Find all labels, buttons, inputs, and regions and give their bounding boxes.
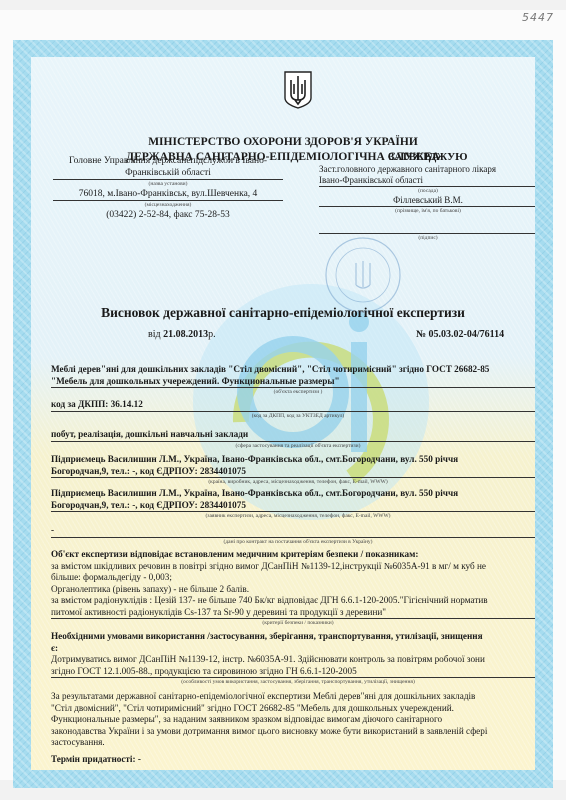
ministry-name: МІНІСТЕРСТВО ОХОРОНИ ЗДОРОВ'Я УКРАЇНИ [31,135,535,150]
document-date: від 21.08.2013р. [148,329,216,340]
certificate-page: 5447 МІНІСТЕРСТВО ОХОРОНИ ЗДОРОВ'Я УКРАЇ… [0,10,566,780]
official-stamp-icon [323,235,403,315]
object-line1: Меблі дерев"яні для дошкільних закладів … [51,364,535,376]
approver-name: Філлевський В.М. [319,195,535,207]
criteria-line: більше: формальдегіду - 0,003; [51,572,535,584]
date-suffix: р. [208,329,216,340]
applicant-line1: Підприємець Василишин Л.М., Україна, Іва… [51,488,535,500]
conditions-line: згідно ГОСТ 12.1.005-88., продукцією та … [51,666,535,679]
scope-caption: (сфера застосування та реалізації об'єкт… [51,442,535,450]
certificate-body: МІНІСТЕРСТВО ОХОРОНИ ЗДОРОВ'Я УКРАЇНИ ДЕ… [31,57,535,770]
code-caption: (код за ДКПП, код за УКТЗЕД артикул) [51,412,535,420]
conclusion: За результатами державної санітарно-епід… [51,691,535,749]
code-value: код за ДКПП: 36.14.12 [51,399,535,412]
criteria-line: за вмістом шкідливих речовин в повітрі з… [51,561,535,573]
field-shelf-life: Термін придатності: - - (інформація щодо… [51,754,535,770]
approver-position-caption: (посада) [319,187,535,195]
institution-address-caption: (місцезнаходження) [53,201,283,209]
field-object: Меблі дерев"яні для дошкільних закладів … [51,364,535,396]
document-number: № 05.03.02-04/76114 [416,329,504,340]
conclusion-line: Функциональные размеры", за наданим заяв… [51,714,535,726]
manufacturer-line2: Богородчан,9, тел.: -, код ЄДРПОУ: 28344… [51,466,535,479]
manufacturer-caption: (країна, виробник, адреса, місцезнаходже… [51,478,535,486]
conclusion-line: законодавства України і за умови дотрима… [51,726,535,738]
scope-value: побут, реалізація, дошкільні навчальні з… [51,429,535,442]
approval-heading: ЗАТВЕРДЖУЮ [319,150,535,164]
criteria-heading: Об'єкт експертизи відповідає встановлени… [51,549,535,561]
criteria-line: питомої активності радіонуклідів Cs-137 … [51,607,535,620]
object-caption: (об'єкта експертизи ) [51,388,535,396]
coat-of-arms-icon [283,70,313,110]
signature-caption: (підпис) [319,234,535,242]
conditions-line: Дотримуватись вимог ДСанПіН №1139-12, ін… [51,654,535,666]
applicant-line2: Богородчан,9, тел.: -, код ЄДРПОУ: 28344… [51,500,535,513]
conclusion-line: "Стіл двомісний", "Стіл чотиримісний" зг… [51,703,535,715]
institution-name-caption: (назва установи) [53,180,283,188]
criteria-line: Органолептика (рівень запаху) - не більш… [51,584,535,596]
date-prefix: від [148,329,161,340]
institution-address: 76018, м.Івано-Франківськ, вул.Шевченка,… [53,188,283,201]
decorative-border: МІНІСТЕРСТВО ОХОРОНИ ЗДОРОВ'Я УКРАЇНИ ДЕ… [13,40,553,788]
conditions-heading-cont: є: [51,643,535,655]
criteria-line: за вмістом радіонуклідів : Цезій 137- не… [51,595,535,607]
applicant-caption: (заявник експертизи, адреса, місцезнаход… [51,512,535,520]
conditions-caption: (особливості умов використання, застосув… [51,678,535,686]
document-title: Висновок державної санітарно-епідеміолог… [31,305,535,321]
field-criteria: Об'єкт експертизи відповідає встановлени… [51,549,535,627]
approver-position-line2: Івано-Франківської області [319,175,535,187]
field-applicant: Підприємець Василишин Л.М., Україна, Іва… [51,488,535,520]
institution-block: Головне Управління держсанепідслужби в І… [53,155,283,222]
contract-value: - [51,525,535,538]
conclusion-line: За результатами державної санітарно-епід… [51,691,535,703]
criteria-caption: (критерії безпеки / показники) [51,619,535,627]
approval-block: ЗАТВЕРДЖУЮ Заст.головного державного сан… [319,150,535,242]
shelf-life-heading: Термін придатності: - [51,754,535,766]
shelf-life-value: - [51,766,535,771]
field-scope: побут, реалізація, дошкільні навчальні з… [51,429,535,450]
manufacturer-line1: Підприємець Василишин Л.М., Україна, Іва… [51,454,535,466]
approver-position-line1: Заст.головного державного санітарного лі… [319,164,535,175]
field-manufacturer: Підприємець Василишин Л.М., Україна, Іва… [51,454,535,486]
handwritten-number: 5447 [522,11,554,24]
conditions-heading: Необхідними умовами використання /застос… [51,631,535,643]
field-contract: - (дані про контракт на постачання об'єк… [51,525,535,546]
field-conditions: Необхідними умовами використання /застос… [51,631,535,686]
approver-name-caption: (прізвище, ім'я, по батькові) [319,207,535,215]
institution-phone: (03422) 2-52-84, факс 75-28-53 [53,209,283,222]
date-value: 21.08.2013 [163,329,208,340]
contract-caption: (дані про контракт на постачання об'єкта… [51,538,535,546]
institution-name: Головне Управління держсанепідслужби в І… [53,155,283,180]
object-line2: "Мебель для дошкольных учереждений. Функ… [51,376,535,389]
conclusion-line: застосування. [51,737,535,749]
field-code: код за ДКПП: 36.14.12 (код за ДКПП, код … [51,399,535,420]
signature-line [319,215,535,234]
